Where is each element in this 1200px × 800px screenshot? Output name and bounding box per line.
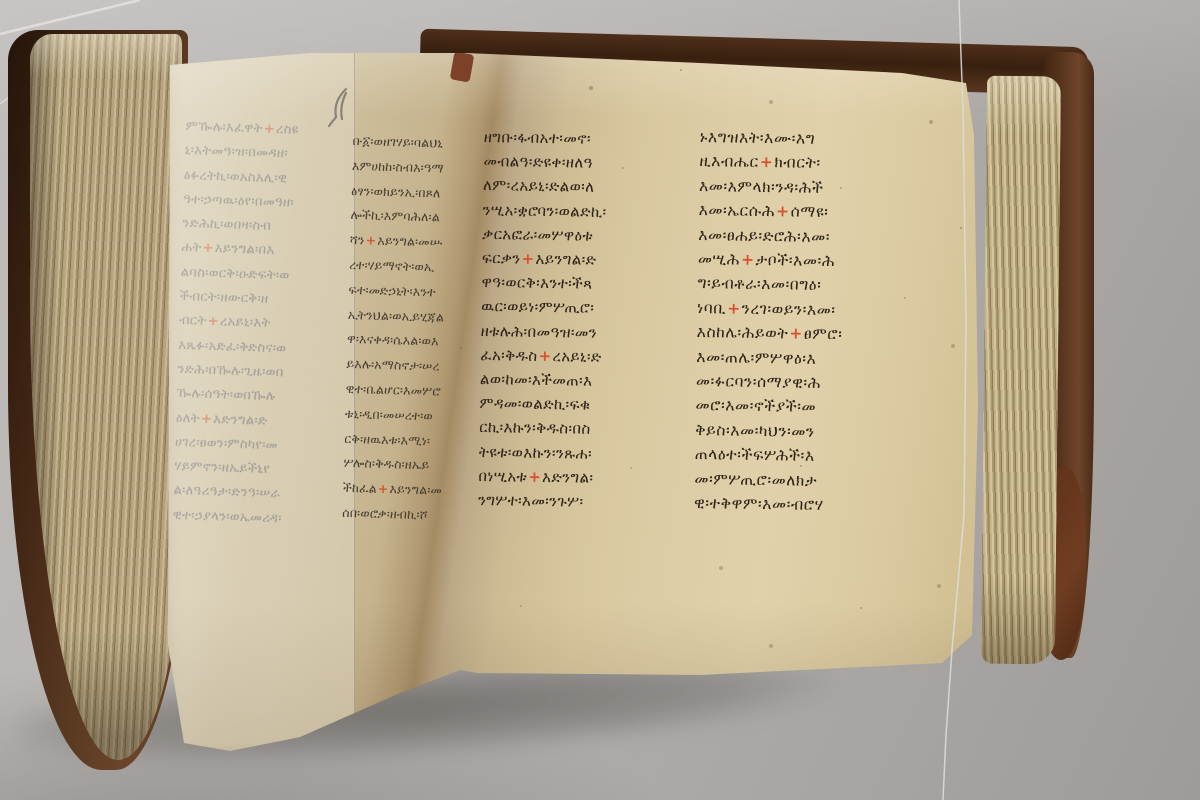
manuscript-photograph: ምዀሉ፡እፈዋት+ረስዩኒ፡እትመዓ፡ዝ፡በመዳዘ፡ፅፉረትኪ፡ወአስአሊ፡ዊዓ… (0, 0, 1200, 800)
hanging-thread (0, 0, 1200, 800)
